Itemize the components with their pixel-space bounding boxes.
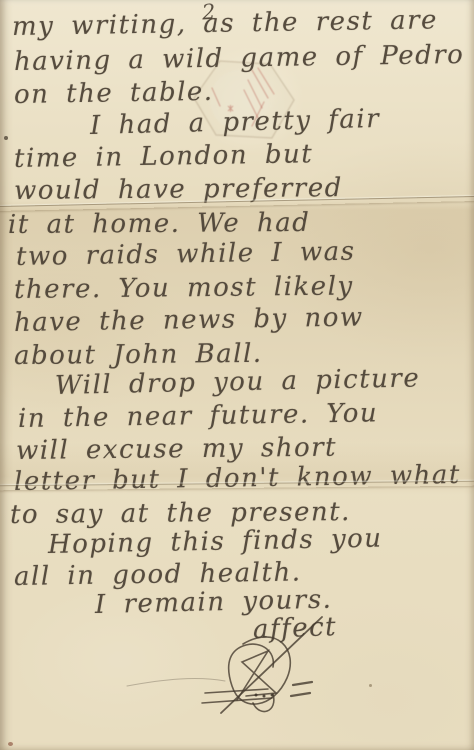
letter-line: would have preferred bbox=[14, 173, 343, 206]
signature-scribble bbox=[125, 606, 335, 724]
letter-line: it at home. We had bbox=[8, 208, 311, 240]
letter-line: having a wild game of Pedro bbox=[14, 40, 465, 77]
paper-speck bbox=[369, 684, 372, 687]
letter-line: Will drop you a picture bbox=[55, 363, 421, 401]
handwritten-letter-page: 2 my writing, as the rest are having a w… bbox=[0, 0, 474, 750]
letter-line: have the news by now bbox=[14, 303, 364, 338]
paper-speck bbox=[4, 136, 8, 140]
letter-line: in the near future. You bbox=[18, 398, 379, 434]
letter-line: I had a pretty fair bbox=[90, 104, 381, 141]
letter-line: on the table. bbox=[14, 77, 214, 110]
letter-line: letter but I don't know what bbox=[14, 460, 461, 497]
letter-line: will excuse my short bbox=[16, 433, 337, 466]
letter-line: Hoping this finds you bbox=[48, 524, 383, 560]
letter-line: two raids while I was bbox=[16, 237, 356, 272]
letter-line: time in London but bbox=[14, 139, 314, 174]
letter-line: about John Ball. bbox=[14, 339, 263, 371]
paper-speck bbox=[8, 742, 13, 746]
letter-line: there. You most likely bbox=[14, 271, 354, 305]
letter-line: my writing, as the rest are bbox=[12, 5, 438, 42]
